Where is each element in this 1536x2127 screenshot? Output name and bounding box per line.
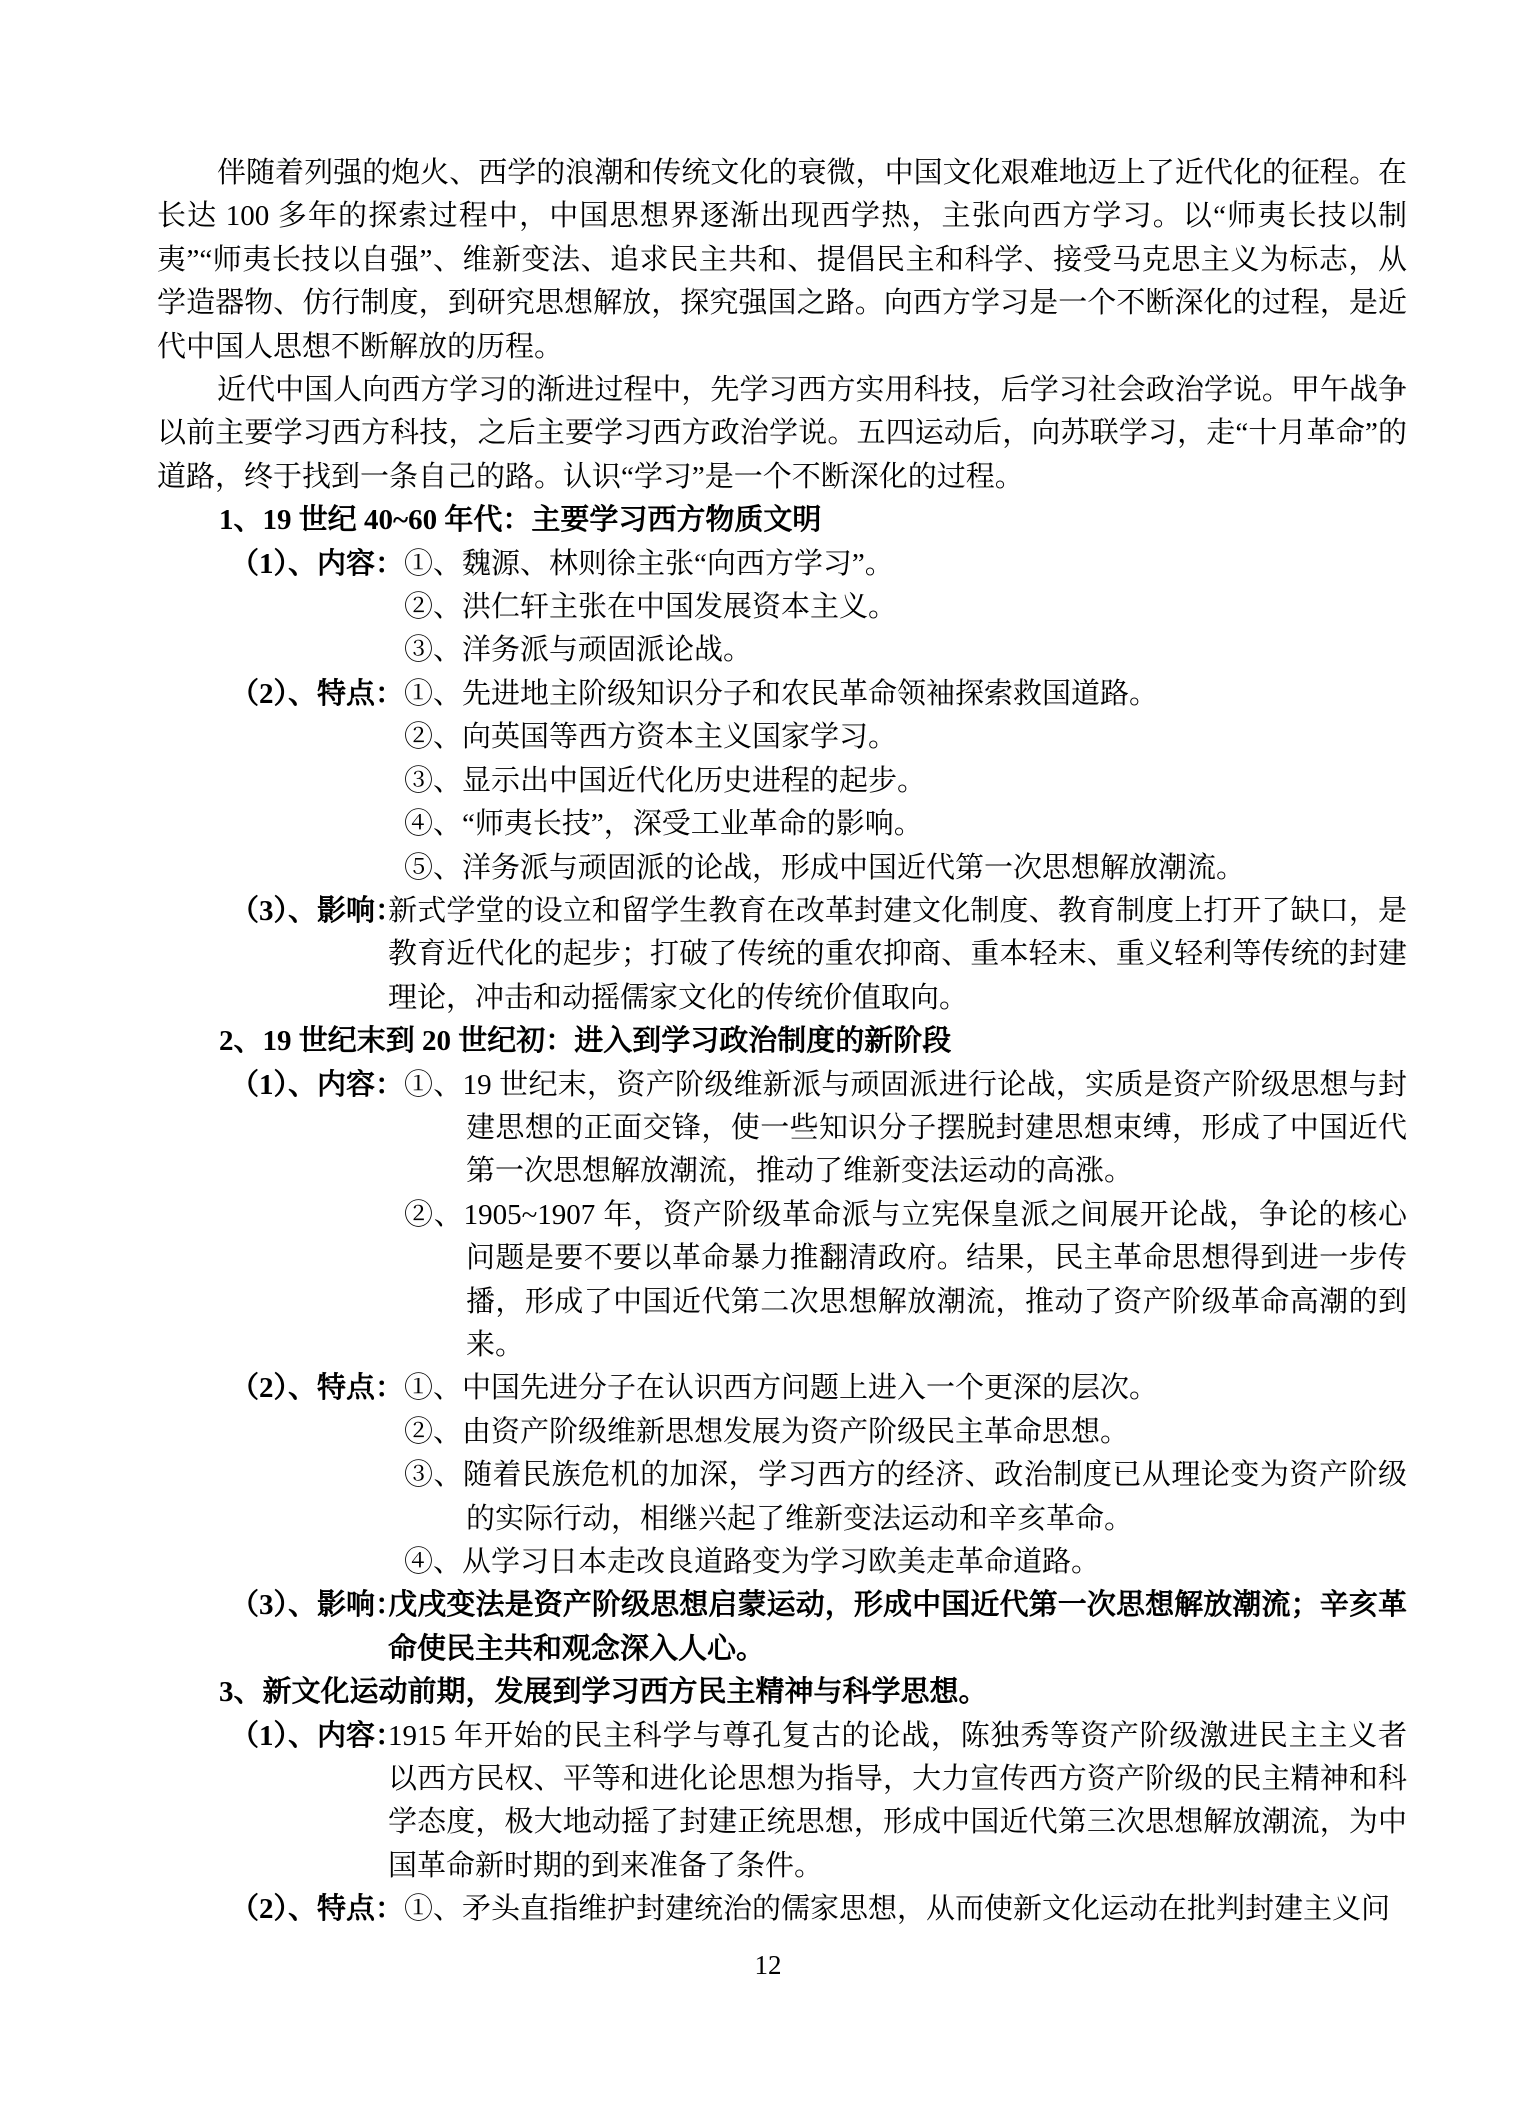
item-text: “师夷长技”，深受工业革命的影响。 [462,808,923,840]
block-label: （2）、特点： [230,1367,404,1410]
list-item: ②、向英国等西方资本主义国家学习。 [404,716,1407,759]
list-item: ①、矛头直指维护封建统治的儒家思想，从而使新文化运动在批判封建主义问 [404,1888,1407,1931]
block-label: （1）、内容： [230,1715,388,1758]
item-marker: ①、 [404,1372,462,1404]
list-item: ②、1905~1907 年，资产阶级革命派与立宪保皇派之间展开论战，争论的核心问… [404,1194,1407,1368]
item-list: ①、矛头直指维护封建统治的儒家思想，从而使新文化运动在批判封建主义问 [404,1888,1407,1931]
item-marker: ②、 [404,721,462,753]
list-item: ①、先进地主阶级知识分子和农民革命领袖探索救国道路。 [404,673,1407,716]
block-label: （2）、特点： [230,1888,404,1931]
block-label: （1）、内容： [230,543,404,586]
item-marker: ①、 [404,1069,463,1101]
item-text: 向英国等西方资本主义国家学习。 [462,721,897,753]
item-marker: ②、 [404,591,462,623]
block-text: 新式学堂的设立和留学生教育在改革封建文化制度、教育制度上打开了缺口，是教育近代化… [388,895,1407,1014]
item-text: 由资产阶级维新思想发展为资产阶级民主革命思想。 [462,1416,1129,1448]
list-item: ①、魏源、林则徐主张“向西方学习”。 [404,543,1407,586]
list-item: ④、“师夷长技”，深受工业革命的影响。 [404,803,1407,846]
list-item: ⑤、洋务派与顽固派的论战，形成中国近代第一次思想解放潮流。 [404,847,1407,890]
item-marker: ③、 [404,634,462,666]
section-3-heading: 3、新文化运动前期，发展到学习西方民主精神与科学思想。 [219,1671,1407,1714]
item-text: 洋务派与顽固派论战。 [462,634,752,666]
list-item: ②、洪仁轩主张在中国发展资本主义。 [404,586,1407,629]
section-3-content-block: （1）、内容：1915 年开始的民主科学与尊孔复古的论战，陈独秀等资产阶级激进民… [230,1715,1407,1889]
item-text: 先进地主阶级知识分子和农民革命领袖探索救国道路。 [462,678,1158,710]
list-item: ③、显示出中国近代化历史进程的起步。 [404,760,1407,803]
item-text: 魏源、林则徐主张“向西方学习”。 [462,548,894,580]
item-text: 从学习日本走改良道路变为学习欧美走革命道路。 [462,1546,1100,1578]
item-marker: ③、 [404,1459,463,1491]
item-list: ①、中国先进分子在认识西方问题上进入一个更深的层次。 ②、由资产阶级维新思想发展… [404,1367,1407,1584]
block-label: （3）、影响： [230,1584,388,1627]
block-label: （1）、内容： [230,1064,404,1107]
block-label: （2）、特点： [230,673,404,716]
list-item: ①、中国先进分子在认识西方问题上进入一个更深的层次。 [404,1367,1407,1410]
block-text: 戊戌变法是资产阶级思想启蒙运动，形成中国近代第一次思想解放潮流；辛亥革命使民主共… [388,1589,1407,1664]
item-marker: ③、 [404,765,462,797]
item-marker: ⑤、 [404,852,462,884]
list-item: ④、从学习日本走改良道路变为学习欧美走革命道路。 [404,1541,1407,1584]
item-text: 矛头直指维护封建统治的儒家思想，从而使新文化运动在批判封建主义问 [462,1893,1390,1925]
item-marker: ①、 [404,1893,462,1925]
item-marker: ①、 [404,678,462,710]
block-label: （3）、影响： [230,890,388,933]
page-number: 12 [0,1950,1536,1981]
list-item: ①、19 世纪末，资产阶级维新派与顽固派进行论战，实质是资产阶级思想与封建思想的… [404,1064,1407,1194]
intro-paragraph-1: 伴随着列强的炮火、西学的浪潮和传统文化的衰微，中国文化艰难地迈上了近代化的征程。… [157,152,1407,369]
section-2-features-block: （2）、特点： ①、中国先进分子在认识西方问题上进入一个更深的层次。 ②、由资产… [230,1367,1407,1584]
section-1-content-block: （1）、内容： ①、魏源、林则徐主张“向西方学习”。 ②、洪仁轩主张在中国发展资… [230,543,1407,673]
item-text: 中国先进分子在认识西方问题上进入一个更深的层次。 [462,1372,1158,1404]
item-list: ①、魏源、林则徐主张“向西方学习”。 ②、洪仁轩主张在中国发展资本主义。 ③、洋… [404,543,1407,673]
section-3-features-block: （2）、特点： ①、矛头直指维护封建统治的儒家思想，从而使新文化运动在批判封建主… [230,1888,1407,1931]
document-page: 伴随着列强的炮火、西学的浪潮和传统文化的衰微，中国文化艰难地迈上了近代化的征程。… [0,0,1536,2127]
item-text: 洋务派与顽固派的论战，形成中国近代第一次思想解放潮流。 [462,852,1245,884]
list-item: ②、由资产阶级维新思想发展为资产阶级民主革命思想。 [404,1411,1407,1454]
item-text: 随着民族危机的加深，学习西方的经济、政治制度已从理论变为资产阶级的实际行动，相继… [463,1459,1407,1534]
item-marker: ④、 [404,1546,462,1578]
section-2-impact-block: （3）、影响：戊戌变法是资产阶级思想启蒙运动，形成中国近代第一次思想解放潮流；辛… [230,1584,1407,1671]
document-content: 伴随着列强的炮火、西学的浪潮和传统文化的衰微，中国文化艰难地迈上了近代化的征程。… [157,152,1407,1932]
section-1-impact-block: （3）、影响：新式学堂的设立和留学生教育在改革封建文化制度、教育制度上打开了缺口… [230,890,1407,1020]
item-list: ①、先进地主阶级知识分子和农民革命领袖探索救国道路。 ②、向英国等西方资本主义国… [404,673,1407,890]
intro-paragraph-2: 近代中国人向西方学习的渐进过程中，先学习西方实用科技，后学习社会政治学说。甲午战… [157,369,1407,499]
item-list: ①、19 世纪末，资产阶级维新派与顽固派进行论战，实质是资产阶级思想与封建思想的… [404,1064,1407,1368]
section-1-features-block: （2）、特点： ①、先进地主阶级知识分子和农民革命领袖探索救国道路。 ②、向英国… [230,673,1407,890]
list-item: ③、随着民族危机的加深，学习西方的经济、政治制度已从理论变为资产阶级的实际行动，… [404,1454,1407,1541]
section-2-heading: 2、19 世纪末到 20 世纪初：进入到学习政治制度的新阶段 [219,1020,1407,1063]
item-marker: ④、 [404,808,462,840]
item-text: 显示出中国近代化历史进程的起步。 [462,765,926,797]
item-marker: ①、 [404,548,462,580]
item-marker: ②、 [404,1199,464,1231]
item-text: 19 世纪末，资产阶级维新派与顽固派进行论战，实质是资产阶级思想与封建思想的正面… [463,1069,1407,1188]
block-text: 1915 年开始的民主科学与尊孔复古的论战，陈独秀等资产阶级激进民主主义者以西方… [388,1720,1407,1882]
section-2-content-block: （1）、内容： ①、19 世纪末，资产阶级维新派与顽固派进行论战，实质是资产阶级… [230,1064,1407,1368]
item-text: 1905~1907 年，资产阶级革命派与立宪保皇派之间展开论战，争论的核心问题是… [464,1199,1407,1361]
list-item: ③、洋务派与顽固派论战。 [404,629,1407,672]
item-text: 洪仁轩主张在中国发展资本主义。 [462,591,897,623]
section-1-heading: 1、19 世纪 40~60 年代：主要学习西方物质文明 [219,499,1407,542]
item-marker: ②、 [404,1416,462,1448]
